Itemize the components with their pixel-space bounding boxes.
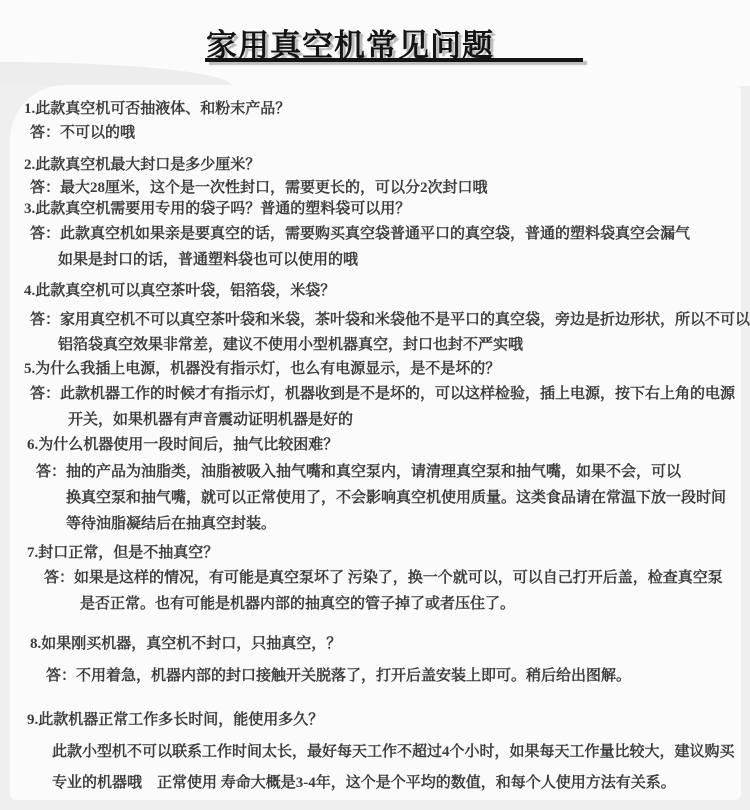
faq-answer-4-1: 答：家用真空机不可以真空茶叶袋和米袋，茶叶袋和米袋他不是平口的真空袋，旁边是折边… (30, 311, 750, 330)
faq-question-6: 6.为什么机器使用一段时间后，抽气比较困难？ (27, 436, 338, 455)
faq-answer-6-1: 答：抽的产品为油脂类，油脂被吸入抽气嘴和真空泵内，请清理真空泵和抽气嘴，如果不会… (36, 463, 681, 482)
faq-question-1: 1.此款真空机可否抽液体、和粉末产品？ (24, 100, 290, 119)
faq-question-8: 8.如果刚买机器，真空机不封口，只抽真空，？ (30, 635, 341, 654)
faq-page: 家用真空机常见问题 1.此款真空机可否抽液体、和粉末产品？ 答：不可以的哦 2.… (0, 0, 750, 810)
faq-answer-3-1: 答：此款真空机如果亲是要真空的话，需要购买真空袋普通平口的真空袋，普通的塑料袋真… (30, 225, 690, 244)
faq-question-3: 3.此款真空机需要用专用的袋子吗？普通的塑料袋可以用？ (24, 200, 410, 219)
faq-answer-5-2: 开关，如果机器有声音震动证明机器是好的 (68, 411, 353, 430)
faq-question-9: 9.此款机器正常工作多长时间，能使用多久？ (27, 711, 323, 730)
faq-question-4: 4.此款真空机可以真空茶叶袋，铝箔袋，米袋？ (24, 282, 335, 301)
faq-question-2: 2.此款真空机最大封口是多少厘米？ (24, 156, 260, 175)
faq-answer-7-2: 是否正常。也有可能是机器内部的抽真空的管子掉了或者压住了。 (80, 595, 515, 614)
faq-question-7: 7.封口正常，但是不抽真空？ (27, 544, 218, 563)
faq-answer-2-1: 答：最大28厘米，这个是一次性封口，需要更长的，可以分2次封口哦 (30, 179, 488, 198)
faq-answer-4-2: 铝箔袋真空效果非常差，建议不使用小型机器真空，封口也封不严实哦 (58, 336, 523, 355)
faq-answer-6-2: 换真空泵和抽气嘴，就可以正常使用了，不会影响真空机使用质量。这类食品请在常温下放… (66, 489, 726, 508)
faq-answer-7-1: 答：如果是这样的情况，有可能是真空泵坏了 污染了，换一个就可以，可以自己打开后盖… (44, 569, 723, 588)
faq-answer-5-1: 答：此款机器工作的时候才有指示灯，机器收到是不是坏的，可以这样检验，插上电源，按… (30, 385, 735, 404)
faq-answer-3-2: 如果是封口的话，普通塑料袋也可以使用的哦 (58, 251, 358, 270)
faq-answer-6-3: 等待油脂凝结后在抽真空封装。 (66, 515, 276, 534)
faq-question-5: 5.为什么我插上电源，机器没有指示灯，也么有电源显示，是不是坏的？ (24, 360, 500, 379)
faq-answer-8-1: 答：不用着急，机器内部的封口接触开关脱落了，打开后盖安装上即可。稍后给出图解。 (46, 667, 631, 686)
faq-answer-1-1: 答：不可以的哦 (30, 124, 135, 143)
faq-answer-9-1: 此款小型机不可以联系工作时间太长，最好每天工作不超过4个小时，如果每天工作量比较… (52, 743, 735, 762)
title-underline (205, 58, 583, 62)
faq-answer-9-2: 专业的机器哦 正常使用 寿命大概是3-4年，这个是个平均的数值，和每个人使用方法… (52, 774, 676, 793)
